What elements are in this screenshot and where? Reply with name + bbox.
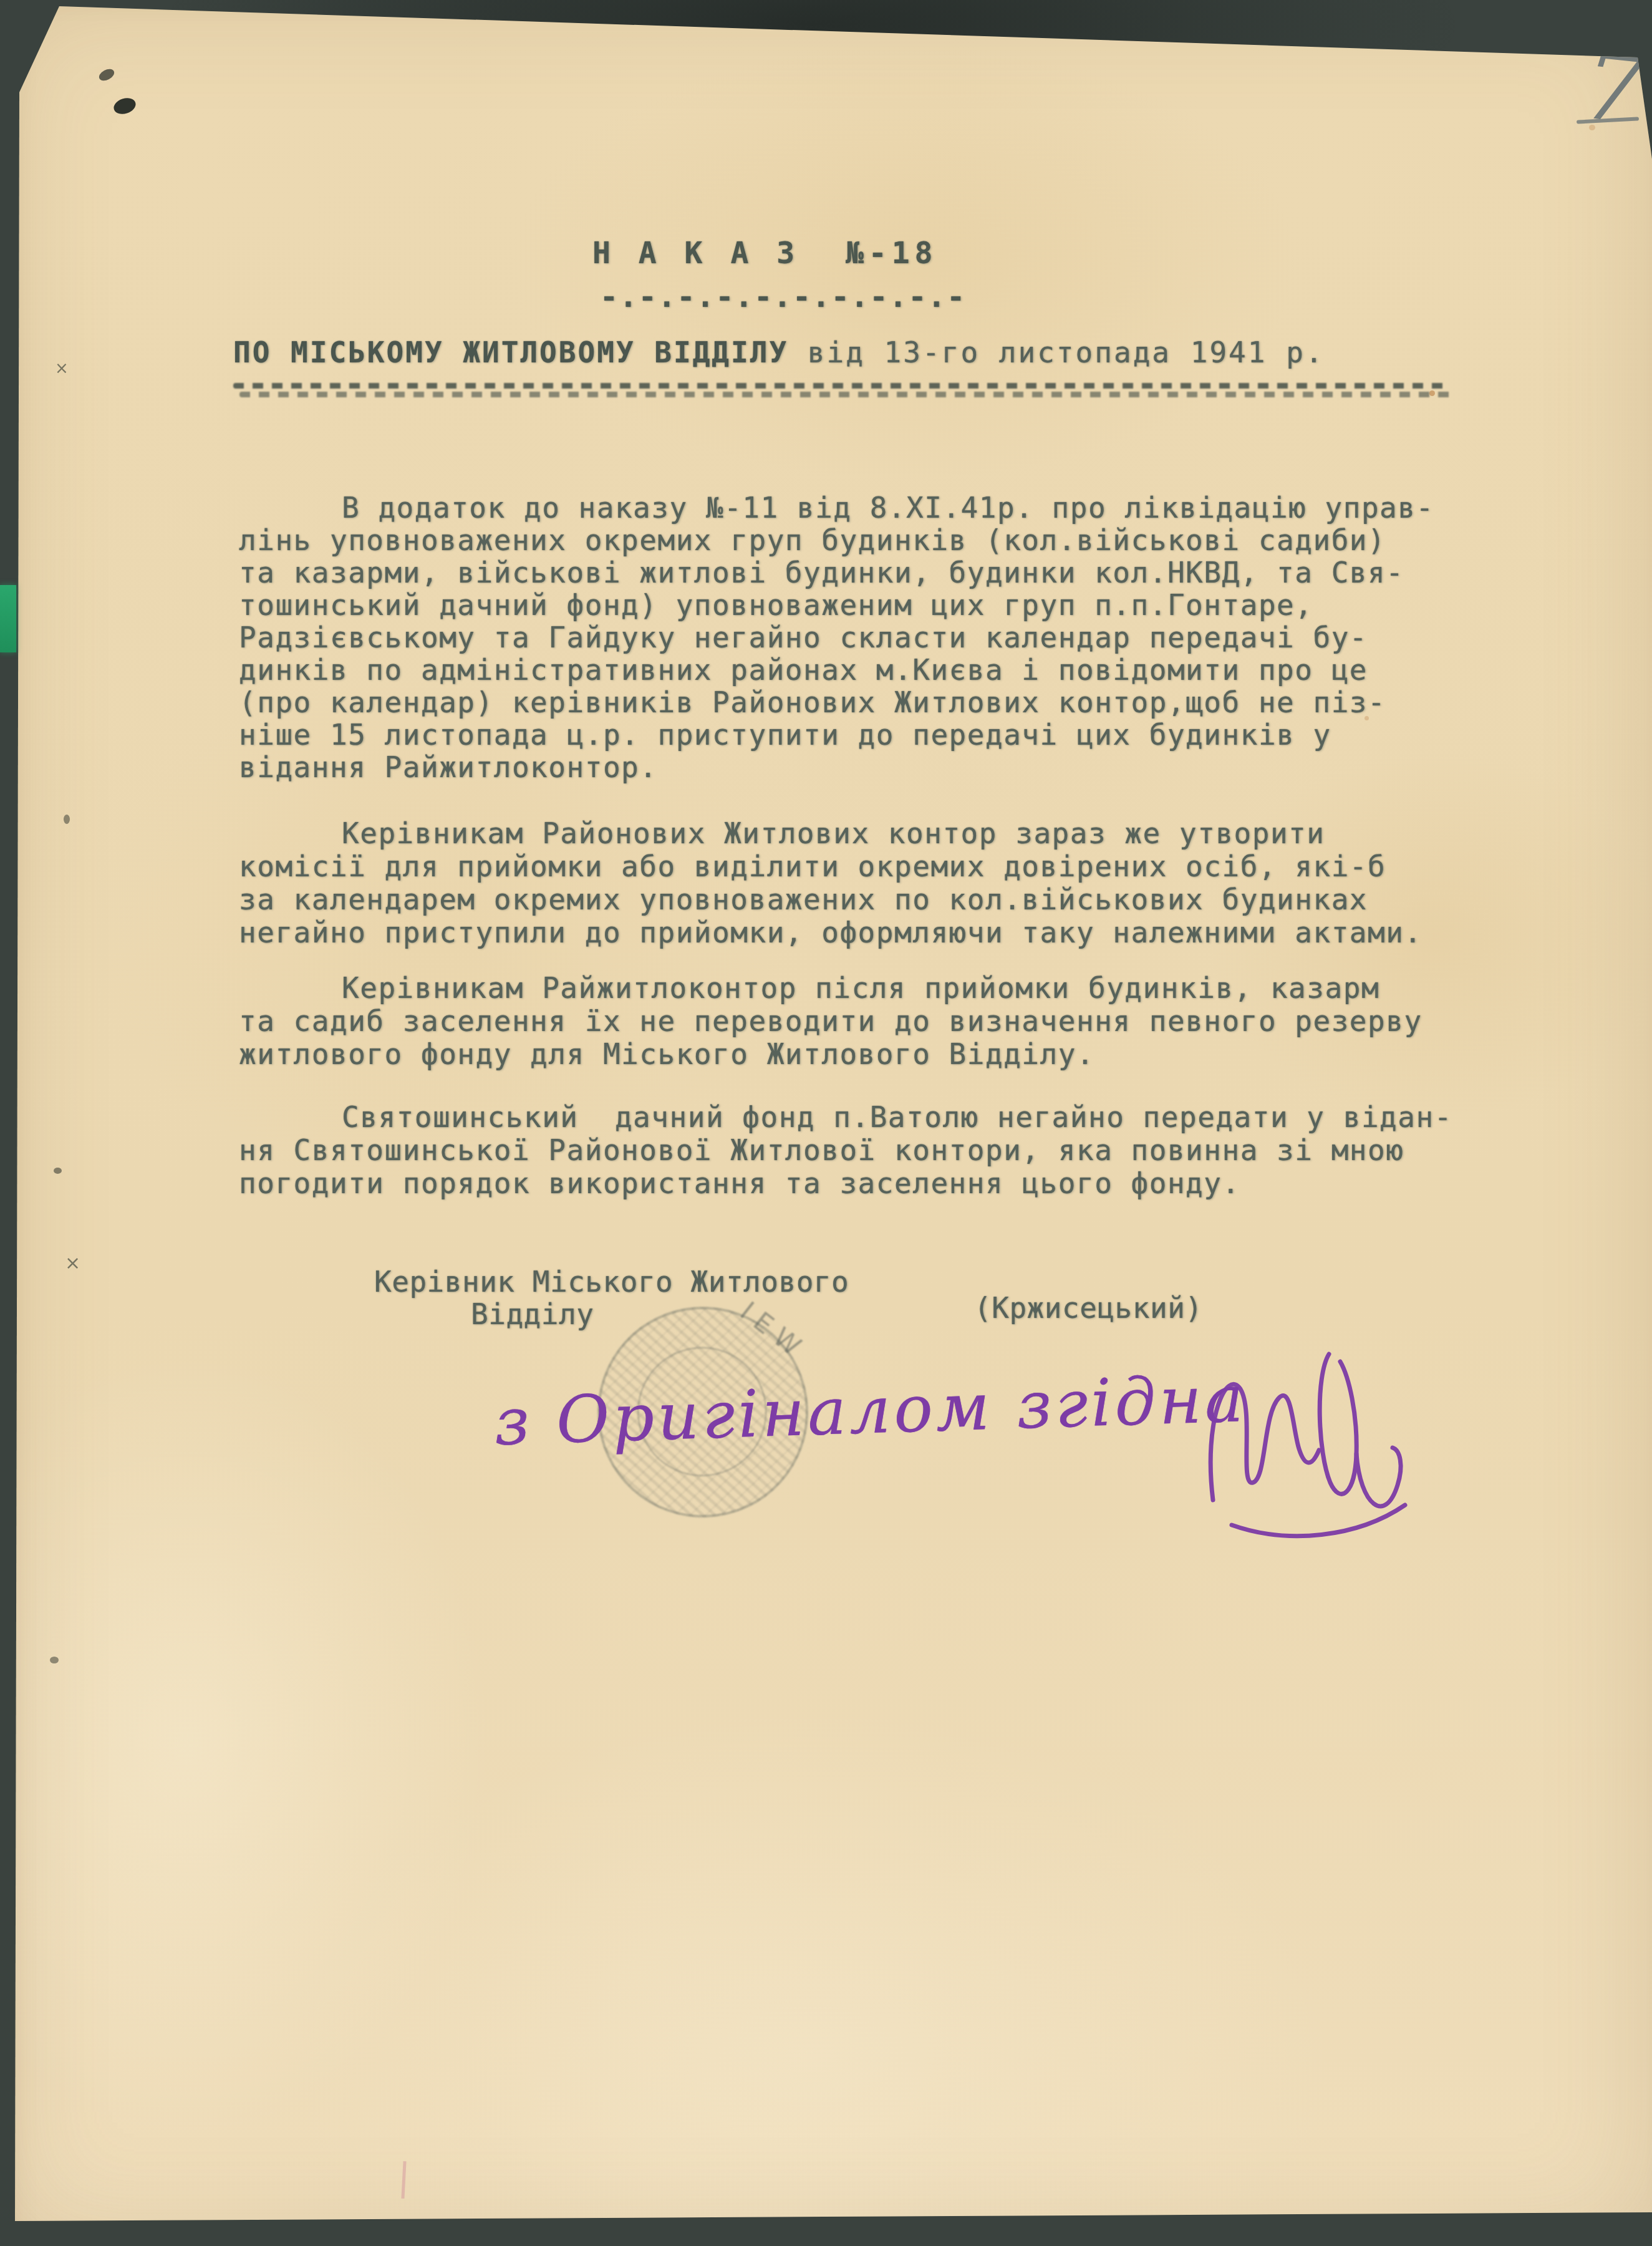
paragraph-line: ніше 15 листопада ц.р. приступити до пер… (239, 719, 1480, 751)
paragraph-1: В додаток до наказу №-11 від 8.ХІ.41р. п… (239, 491, 1480, 783)
header-date: від 13-го листопада 1941 р. (788, 336, 1324, 369)
signatory-role-line1: Керівник Міського Житлового (374, 1265, 849, 1299)
rust-stain (1365, 716, 1369, 720)
paragraph-line: (про календар) керівників Районових Житл… (239, 686, 1480, 719)
paragraph-line: погодити порядок використання та заселен… (239, 1167, 1480, 1200)
paragraph-3: Керівникам Райжитлоконтор після прийомки… (239, 972, 1480, 1071)
paragraph-line: Керівникам Районових Житлових контор зар… (239, 817, 1480, 850)
paragraph-line: Святошинський дачний фонд п.Ватолю негай… (239, 1101, 1480, 1134)
paragraph-2: Керівникам Районових Житлових контор зар… (239, 817, 1480, 949)
paragraph-line: лінь уповноважених окремих груп будинків… (239, 524, 1480, 556)
paragraph-line: Радзієвському та Гайдуку негайно скласти… (239, 621, 1480, 654)
document-title: Н А К А З №-18 (592, 236, 937, 271)
paragraph-line: комісії для прийомки або виділити окреми… (239, 850, 1480, 883)
paragraph-line: В додаток до наказу №-11 від 8.ХІ.41р. п… (239, 491, 1480, 524)
document-header: ПО МІСЬКОМУ ЖИТЛОВОМУ ВІДДІЛУ від 13-го … (233, 336, 1325, 369)
paragraph-4: Святошинський дачний фонд п.Ватолю негай… (239, 1101, 1480, 1200)
ink-speck (112, 95, 138, 117)
paragraph-line: та казарми, військові житлові будинки, б… (239, 556, 1480, 589)
paragraph-line: ня Святошинської Районової Житлової конт… (239, 1134, 1480, 1167)
ink-speck (50, 1657, 59, 1663)
paragraph-line: негайно приступили до прийомки, оформляю… (239, 916, 1480, 949)
ink-speck (64, 815, 70, 824)
ink-speck (54, 1168, 62, 1174)
scanned-document-page: Н А К А З №-18 -.-.-.-.-.-.-.-.-.- ПО МІ… (0, 0, 1652, 2246)
paragraph-line: Керівникам Райжитлоконтор після прийомки… (239, 972, 1480, 1005)
pink-mark (401, 2161, 406, 2199)
paragraph-line: динків по адміністративних районах м.Киє… (239, 654, 1480, 686)
margin-mark: × (65, 1252, 80, 1274)
signatory-role-line2: Відділу (471, 1297, 594, 1331)
header-department: ПО МІСЬКОМУ ЖИТЛОВОМУ ВІДДІЛУ (233, 336, 788, 369)
scanner-green-strip (0, 585, 16, 652)
rust-stain (1429, 390, 1435, 396)
title-underline: -.-.-.-.-.-.-.-.-.- (600, 279, 966, 314)
header-underline-2 (239, 392, 1452, 397)
margin-mark: × (55, 359, 69, 378)
handwritten-signature (1194, 1319, 1431, 1569)
paper-sheet: Н А К А З №-18 -.-.-.-.-.-.-.-.-.- ПО МІ… (0, 0, 1652, 2246)
paragraph-line: та садиб заселення їх не переводити до в… (239, 1005, 1480, 1038)
paragraph-line: за календарем окремих уповноважених по к… (239, 883, 1480, 916)
paragraph-line: відання Райжитлоконтор. (239, 751, 1480, 783)
rust-stain (1589, 125, 1595, 130)
header-underline (233, 383, 1446, 389)
paragraph-line: тошинський дачний фонд) уповноваженим ци… (239, 589, 1480, 621)
signatory-name: (Кржисецький) (974, 1291, 1203, 1325)
ink-speck (97, 67, 116, 83)
paragraph-line: житлового фонду для Міського Житлового В… (239, 1038, 1480, 1071)
